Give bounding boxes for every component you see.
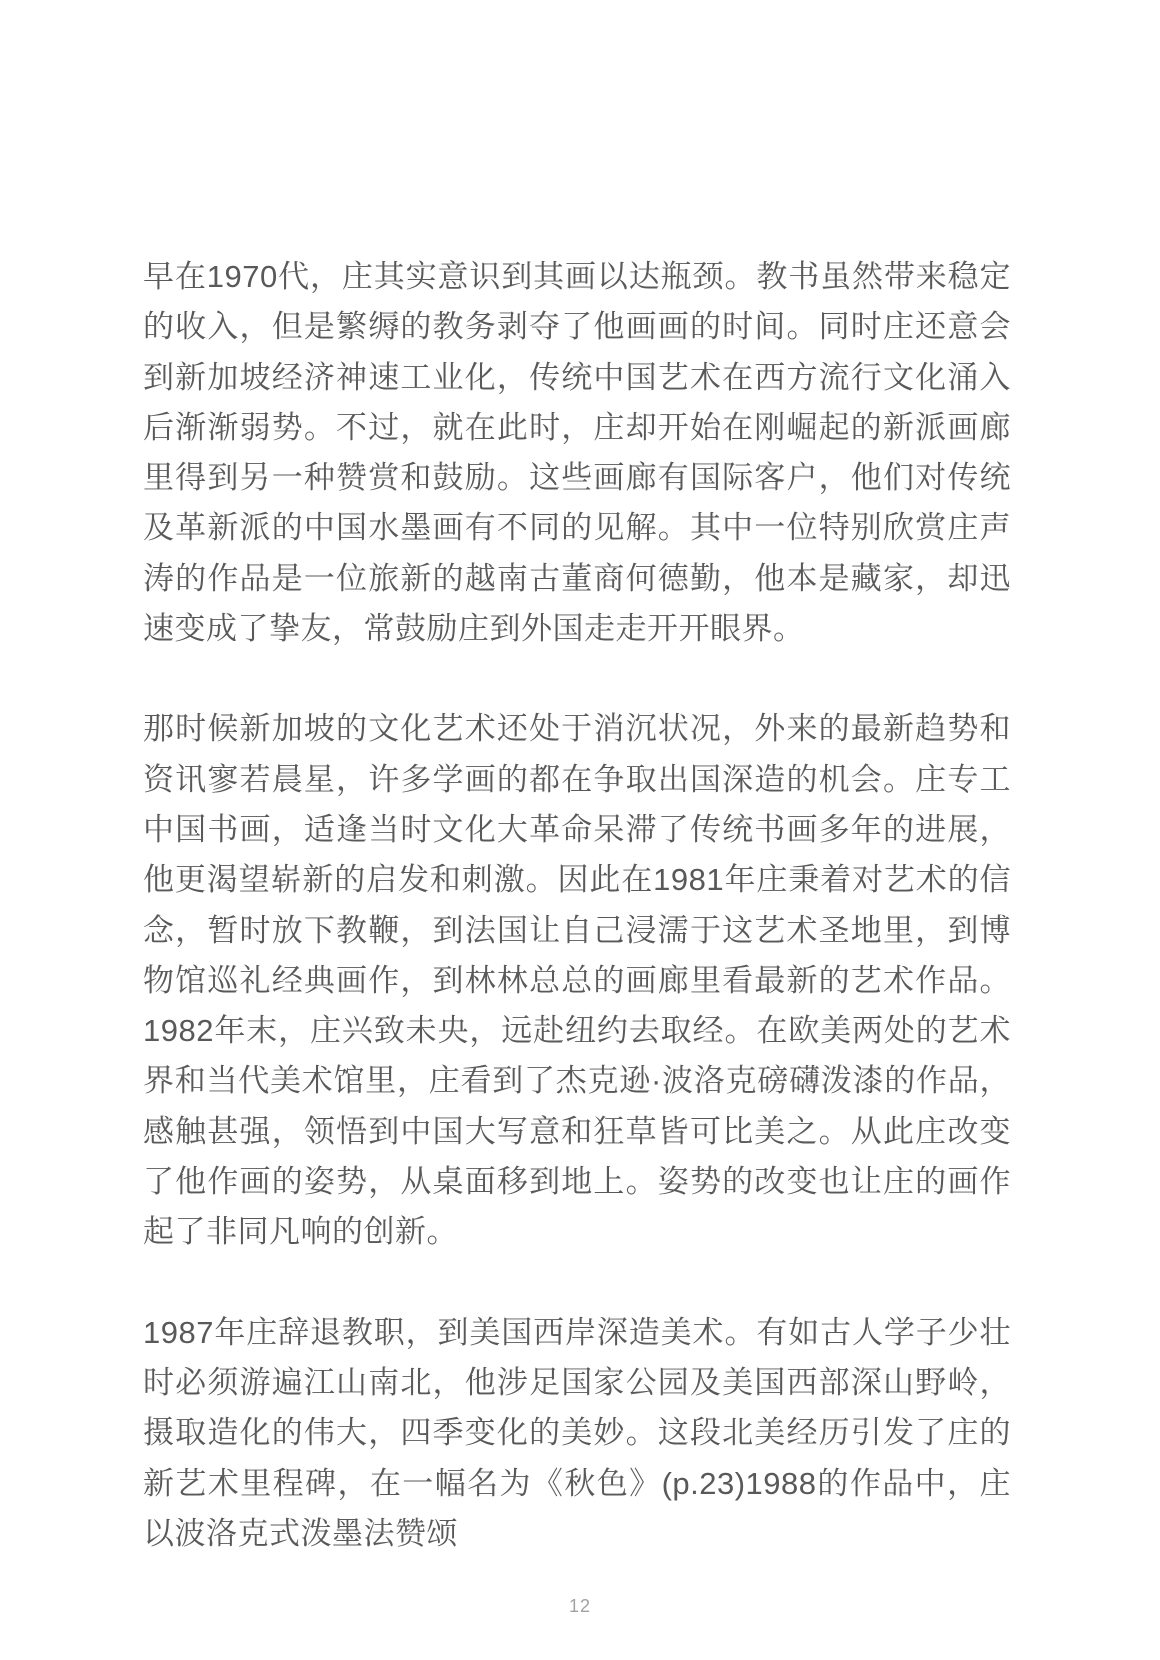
paragraph-1: 早在1970代，庄其实意识到其画以达瓶颈。教书虽然带来稳定的收入，但是繁缛的教务… [143, 252, 1011, 654]
paragraph-3: 1987年庄辞退教职，到美国西岸深造美术。有如古人学子少壮时必须游遍江山南北，他… [143, 1308, 1011, 1559]
paragraph-2: 那时候新加坡的文化艺术还处于消沉状况，外来的最新趋势和资讯寥若晨星，许多学画的都… [143, 704, 1011, 1257]
text-column: 早在1970代，庄其实意识到其画以达瓶颈。教书虽然带来稳定的收入，但是繁缛的教务… [143, 252, 1011, 1559]
page-number: 12 [0, 1596, 1160, 1617]
document-page: 早在1970代，庄其实意识到其画以达瓶颈。教书虽然带来稳定的收入，但是繁缛的教务… [0, 0, 1160, 1660]
